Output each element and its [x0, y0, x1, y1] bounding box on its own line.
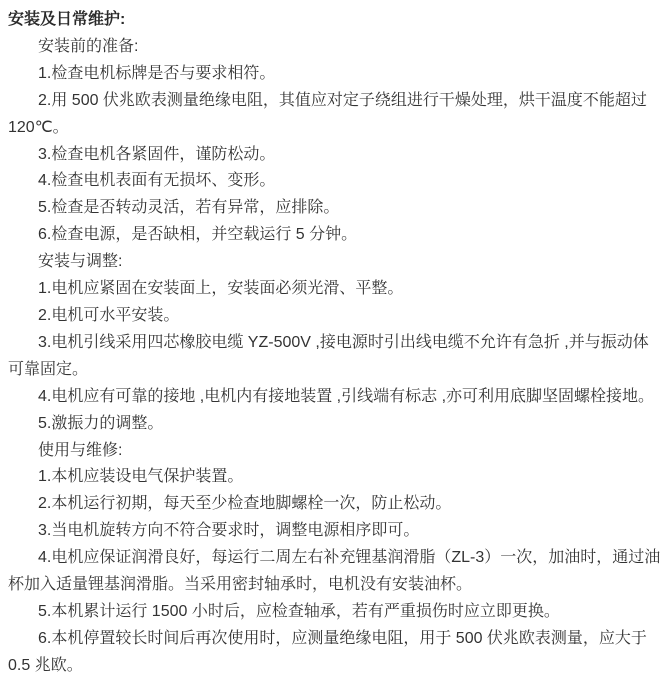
section-heading-preparation: 安装前的准备: — [8, 34, 660, 61]
text-line: 6.检查电源，是否缺相，并空载运行 5 分钟。 — [8, 222, 660, 249]
text-line: 1.本机应装设电气保护装置。 — [8, 464, 660, 491]
text-line: 3.当电机旋转方向不符合要求时，调整电源相序即可。 — [8, 518, 660, 545]
section-heading-adjustment: 安装与调整: — [8, 249, 660, 276]
text-line: 2.本机运行初期，每天至少检查地脚螺栓一次，防止松动。 — [8, 491, 660, 518]
text-line: 1.电机应紧固在安装面上，安装面必须光滑、平整。 — [8, 276, 660, 303]
text-line-continuation: 120℃。 — [8, 115, 660, 142]
text-line-continuation: 杯加入适量锂基润滑脂。当采用密封轴承时，电机没有安装油杯。 — [8, 572, 660, 599]
text-line: 5.检查是否转动灵活，若有异常，应排除。 — [8, 195, 660, 222]
text-line-continuation: 0.5 兆欧。 — [8, 653, 660, 679]
text-line-continuation: 可靠固定。 — [8, 357, 660, 384]
text-line: 3.电机引线采用四芯橡胶电缆 YZ-500V ,接电源时引出线电缆不允许有急折 … — [8, 330, 660, 357]
page-title: 安装及日常维护: — [8, 7, 660, 34]
text-line: 4.电机应有可靠的接地 ,电机内有接地装置 ,引线端有标志 ,亦可利用底脚坚固螺… — [8, 384, 660, 411]
text-line: 2.电机可水平安装。 — [8, 303, 660, 330]
text-line: 5.激振力的调整。 — [8, 411, 660, 438]
text-line: 1.检查电机标牌是否与要求相符。 — [8, 61, 660, 88]
text-line: 4.电机应保证润滑良好，每运行二周左右补充锂基润滑脂（ZL-3）一次，加油时，通… — [8, 545, 660, 572]
text-line: 2.用 500 伏兆欧表测量绝缘电阻，其值应对定子绕组进行干燥处理，烘干温度不能… — [8, 88, 660, 115]
text-line: 3.检查电机各紧固件，谨防松动。 — [8, 142, 660, 169]
text-line: 6.本机停置较长时间后再次使用时，应测量绝缘电阻，用于 500 伏兆欧表测量，应… — [8, 626, 660, 653]
section-heading-maintenance: 使用与维修: — [8, 438, 660, 465]
text-line: 5.本机累计运行 1500 小时后，应检查轴承，若有严重损伤时应立即更换。 — [8, 599, 660, 626]
text-line: 4.检查电机表面有无损坏、变形。 — [8, 168, 660, 195]
manual-page: 安装及日常维护: 安装前的准备: 1.检查电机标牌是否与要求相符。 2.用 50… — [0, 0, 668, 679]
